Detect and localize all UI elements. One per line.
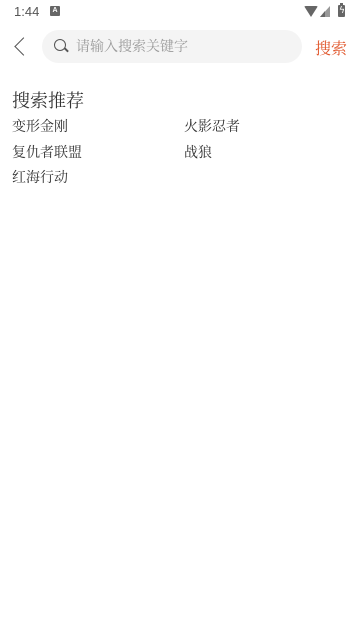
status-bar: 1:44 A ϟ <box>0 0 360 24</box>
status-time: 1:44 <box>14 4 39 19</box>
search-button[interactable]: 搜索 <box>315 36 347 59</box>
recommendation-item[interactable]: 变形金刚 <box>12 116 68 136</box>
search-input[interactable] <box>76 30 296 63</box>
recommendation-item[interactable]: 火影忍者 <box>184 116 240 136</box>
recommendation-item[interactable]: 复仇者联盟 <box>12 142 82 162</box>
wifi-icon <box>304 6 318 17</box>
recommendations-title: 搜索推荐 <box>12 87 84 113</box>
search-header: 搜索 <box>0 28 360 66</box>
signal-strength-icon <box>320 11 325 17</box>
search-box[interactable] <box>42 30 302 63</box>
search-icon <box>54 39 66 51</box>
battery-icon: ϟ <box>338 5 345 17</box>
recommendation-item[interactable]: 战狼 <box>184 142 212 162</box>
recommendation-item[interactable]: 红海行动 <box>12 167 68 187</box>
charging-bolt-icon: ϟ <box>339 6 345 16</box>
back-chevron-icon[interactable] <box>14 37 32 55</box>
notification-icon: A <box>50 6 60 16</box>
